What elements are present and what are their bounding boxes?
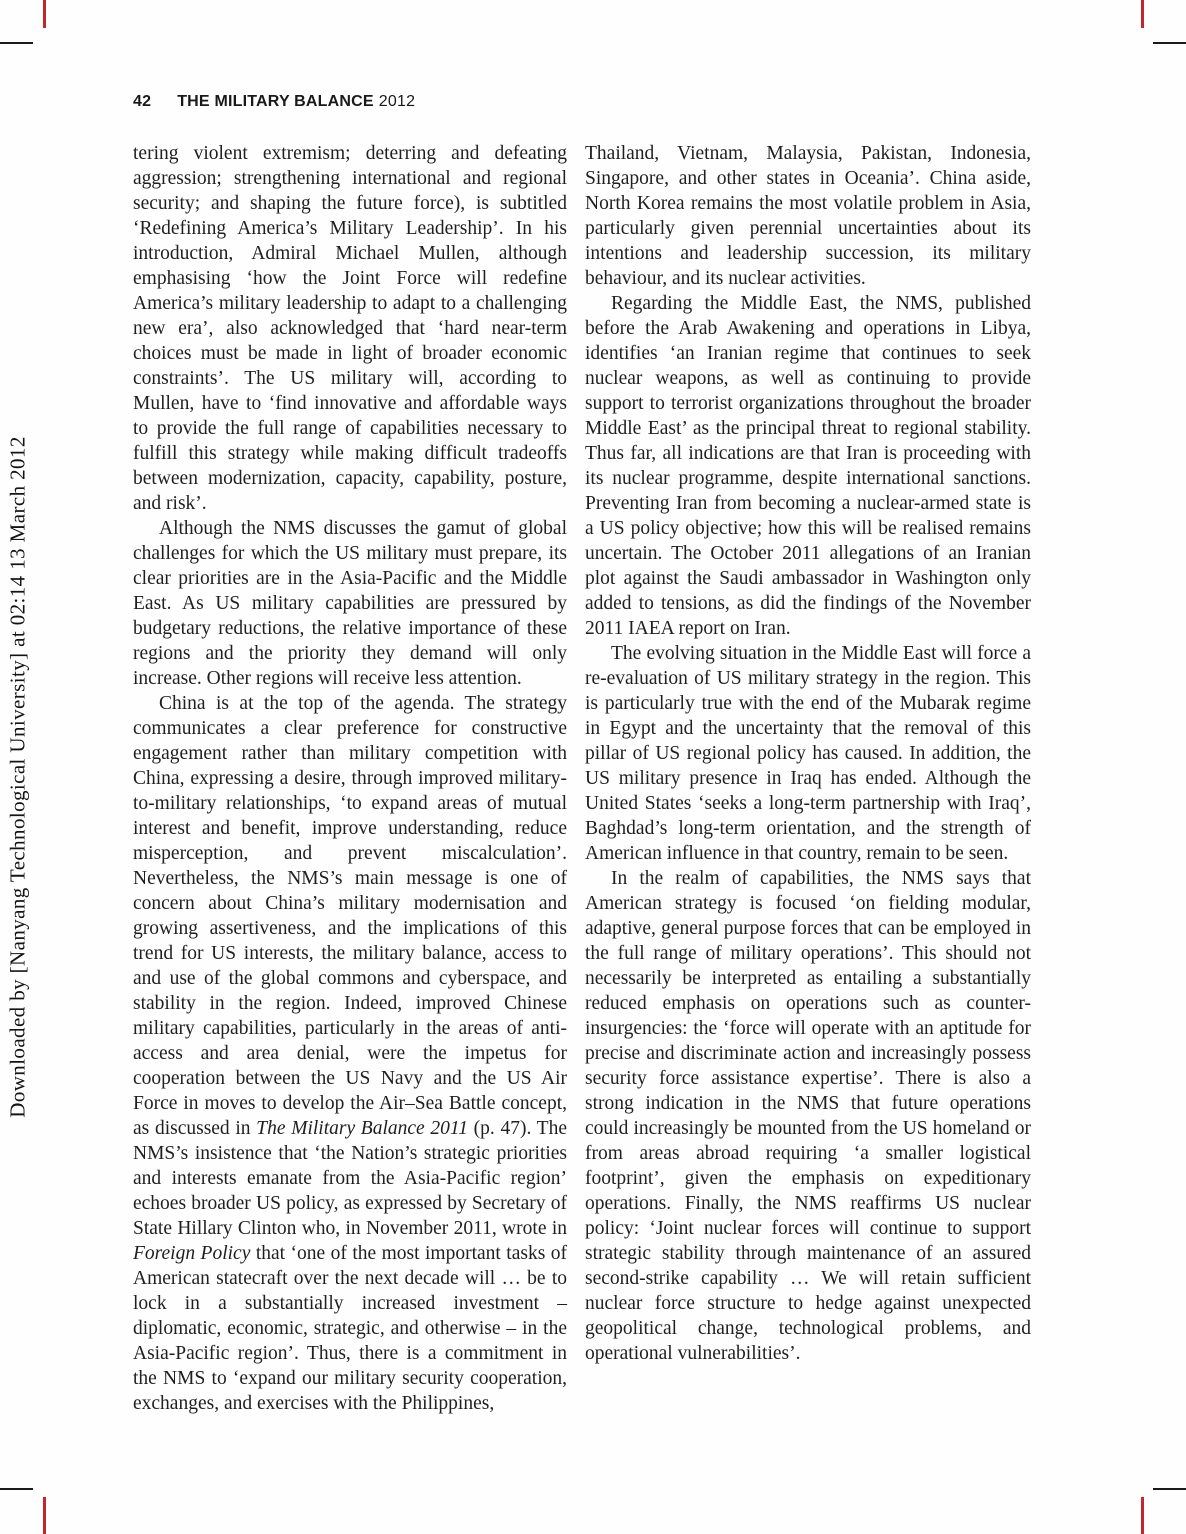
paragraph: The evolving situation in the Middle Eas… <box>585 641 1031 866</box>
download-watermark: Downloaded by [Nanyang Technological Uni… <box>6 436 31 1117</box>
text-run: The evolving situation in the Middle Eas… <box>585 643 1031 864</box>
text-run: Regarding the Middle East, the NMS, publ… <box>585 293 1031 639</box>
left-column: tering violent extremism; deterring and … <box>133 141 567 1416</box>
paragraph: In the realm of capabilities, the NMS sa… <box>585 866 1031 1366</box>
paragraph: Regarding the Middle East, the NMS, publ… <box>585 291 1031 641</box>
text-run: In the realm of capabilities, the NMS sa… <box>585 868 1031 1364</box>
crop-mark-top-right-horizontal <box>1153 42 1186 44</box>
text-run: Although the NMS discusses the gamut of … <box>133 518 567 689</box>
text-run: that ‘one of the most important tasks of… <box>133 1243 567 1414</box>
crop-mark-top-left-horizontal <box>0 42 33 44</box>
italic-citation: Foreign Policy <box>133 1243 250 1264</box>
crop-mark-top-left-vertical <box>43 0 46 28</box>
text-run: Thailand, Vietnam, Malaysia, Pakistan, I… <box>585 143 1031 289</box>
book-title: THE MILITARY BALANCE <box>177 93 374 110</box>
crop-mark-bottom-left-vertical <box>43 1497 46 1534</box>
crop-mark-bottom-left-horizontal <box>0 1488 33 1490</box>
right-column: Thailand, Vietnam, Malaysia, Pakistan, I… <box>585 141 1031 1416</box>
italic-citation: The Military Balance 2011 <box>256 1118 468 1139</box>
paragraph: China is at the top of the agenda. The s… <box>133 691 567 1416</box>
text-run: tering violent extremism; deterring and … <box>133 143 567 514</box>
running-head: 42THE MILITARY BALANCE2012 <box>133 93 415 111</box>
crop-mark-bottom-right-horizontal <box>1153 1488 1186 1490</box>
edition-year: 2012 <box>379 93 415 110</box>
paragraph: Although the NMS discusses the gamut of … <box>133 516 567 691</box>
body-text: tering violent extremism; deterring and … <box>133 141 1033 1416</box>
crop-mark-bottom-right-vertical <box>1141 1497 1144 1534</box>
paragraph: tering violent extremism; deterring and … <box>133 141 567 516</box>
paragraph: Thailand, Vietnam, Malaysia, Pakistan, I… <box>585 141 1031 291</box>
text-run: China is at the top of the agenda. The s… <box>133 693 567 1139</box>
page-number: 42 <box>133 93 151 110</box>
crop-mark-top-right-vertical <box>1141 0 1144 28</box>
